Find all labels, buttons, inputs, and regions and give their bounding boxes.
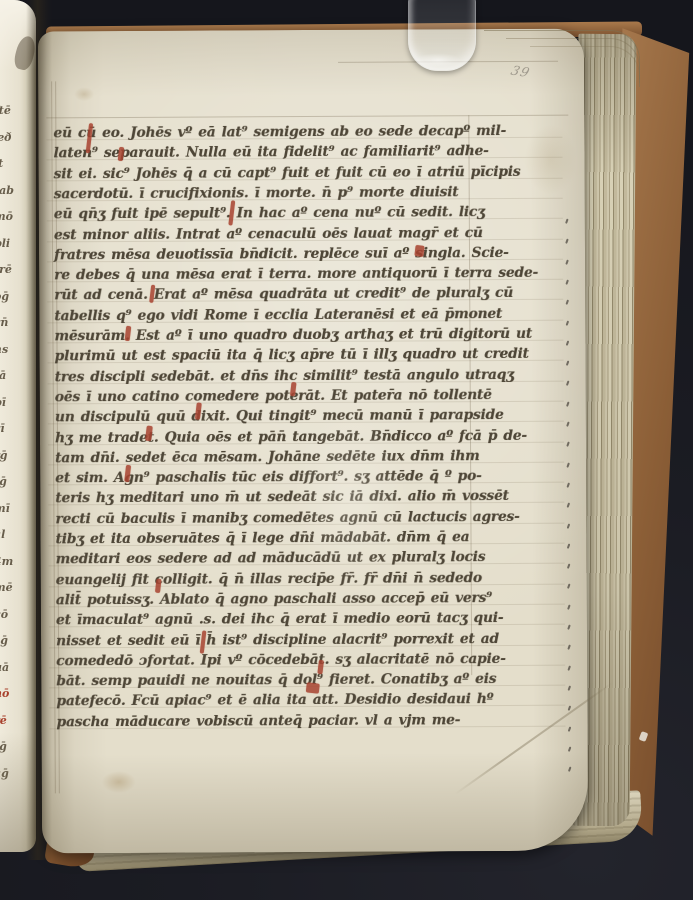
prick-mark xyxy=(567,665,571,670)
manuscript-text-line: plurimū ut est spaciū ita q̄ licʒ ap̄re … xyxy=(55,344,529,366)
parchment-stain xyxy=(524,125,576,195)
prick-mark xyxy=(566,482,570,487)
prick-mark xyxy=(567,503,571,508)
plastic-clip xyxy=(408,0,476,71)
prick-mark xyxy=(566,462,570,467)
manuscript-text-line: pascha māducare vobiscū anteq̄ paciar. v… xyxy=(56,710,460,732)
rubric-paraph-mark xyxy=(306,682,320,693)
folio-number: 39 xyxy=(509,64,532,81)
manuscript-text-line: comededō ɔfortat. Ipi vº cōcedebāt. sʒ a… xyxy=(56,649,506,671)
manuscript-text-line: sit ei. sic⁹ Johēs q̄ a cū capt⁹ fuit et… xyxy=(54,162,521,184)
manuscript-text-line: rūt ad cenā. Erat aº mēsa quadrāta ut cr… xyxy=(54,283,513,305)
manuscript-text-line: et sim. Agn⁹ paschalis tūc eis diffort⁹.… xyxy=(55,466,481,488)
manuscript-text-line: nisset et sedit eū ī h̄ ist⁹ discipline … xyxy=(56,629,499,651)
prick-mark xyxy=(566,361,570,366)
gutter-shadow xyxy=(26,0,52,860)
photo-stage: ſtēæðĩttabmōplitrēoḡvn̄ħstāpīvīrḡtḡmīal4… xyxy=(0,0,693,900)
prick-mark xyxy=(568,726,572,731)
manuscript-text-line: fratres mēsa deuotissīa bn̄dicit. replēc… xyxy=(54,243,509,265)
prick-mark xyxy=(565,218,569,223)
prick-mark xyxy=(567,604,571,609)
manuscript-text-line: recti cū baculis ī manibʒ comedētes agnū… xyxy=(55,507,519,529)
prick-mark xyxy=(568,685,572,690)
manuscript-text-line: euangelij fit colligit. q̄ n̄ illas reci… xyxy=(56,568,482,590)
prick-mark xyxy=(565,279,569,284)
prick-mark xyxy=(565,259,569,264)
manuscript-text-line: meditari eos sedere ad ad māducādū ut ex… xyxy=(56,547,486,569)
manuscript-text-line: teris hʒ meditari uno m̄ ut sedeāt sic i… xyxy=(55,486,509,508)
manuscript-text-line: re debes q̄ una mēsa erat ī terra. more … xyxy=(54,263,538,286)
prick-mark xyxy=(566,340,570,345)
manuscript-text-line: est minor aliis. Intrat aº cenaculū oēs … xyxy=(54,223,483,245)
manuscript-text-line: patefecō. Fcū apiac⁹ et ē alia ita att. … xyxy=(56,689,493,711)
prick-mark xyxy=(565,239,569,244)
prick-mark xyxy=(566,381,570,386)
prick-mark xyxy=(567,584,571,589)
prick-mark xyxy=(568,767,572,772)
prick-mark xyxy=(566,421,570,426)
manuscript-text-line: et īmaculat⁹ agnū .s. dei ihc q̄ erat ī … xyxy=(56,608,503,630)
manuscript-text-line: tam dn̄i. sedet ēca mēsam. Johāne sedēte… xyxy=(55,446,479,468)
manuscript-text-line: eū qn̄ʒ fuit ipē sepult⁹. In hac aº cena… xyxy=(54,202,485,224)
prick-mark xyxy=(567,624,571,629)
parchment-highlight xyxy=(290,409,411,590)
manuscript-text-line: alit̄ potuissʒ. Ablato q̄ agno paschali … xyxy=(56,588,492,610)
manuscript-text-line: tabellis q⁹ ego vidi Rome ī ecclia Later… xyxy=(54,304,502,326)
prick-mark xyxy=(567,543,571,548)
manuscript-page: eū cū eo. Johēs vº eā lat⁹ semigens ab e… xyxy=(38,29,588,854)
manuscript-text-line: un discipulū quū dixit. Qui tingit⁹ mecū… xyxy=(55,405,504,427)
margin-frame-line xyxy=(46,115,568,119)
rubric-paraph-mark xyxy=(414,245,424,257)
prick-mark xyxy=(567,564,571,569)
manuscript-text-line: bāt. semp pauidi ne nouitas q̄ dol⁹ fier… xyxy=(56,669,496,691)
manuscript-text-line: hʒ me tradet. Quia oēs et pān̄ tangebāt.… xyxy=(55,425,527,447)
prick-mark xyxy=(567,523,571,528)
prick-mark xyxy=(566,401,570,406)
prick-mark xyxy=(567,645,571,650)
prick-mark xyxy=(565,300,569,305)
prick-mark xyxy=(566,320,570,325)
manuscript-text-line: tibʒ et ita obseruātes q̄ ī lege dn̄i mā… xyxy=(55,527,469,549)
manuscript-text-line: sacerdotū. ī crucifixionis. ī morte. n̄ … xyxy=(54,182,459,204)
manuscript-text-line: oēs ī uno catino comedere poterāt. Et pa… xyxy=(55,385,492,407)
parchment-stain xyxy=(74,87,94,101)
manuscript-text-line: eū cū eo. Johēs vº eā lat⁹ semigens ab e… xyxy=(53,121,506,143)
prick-mark xyxy=(568,746,572,751)
parchment-stain xyxy=(102,771,136,793)
prick-mark xyxy=(566,442,570,447)
manuscript-text-line: tres discipli sedebāt. et dn̄s ihc simil… xyxy=(55,365,514,387)
